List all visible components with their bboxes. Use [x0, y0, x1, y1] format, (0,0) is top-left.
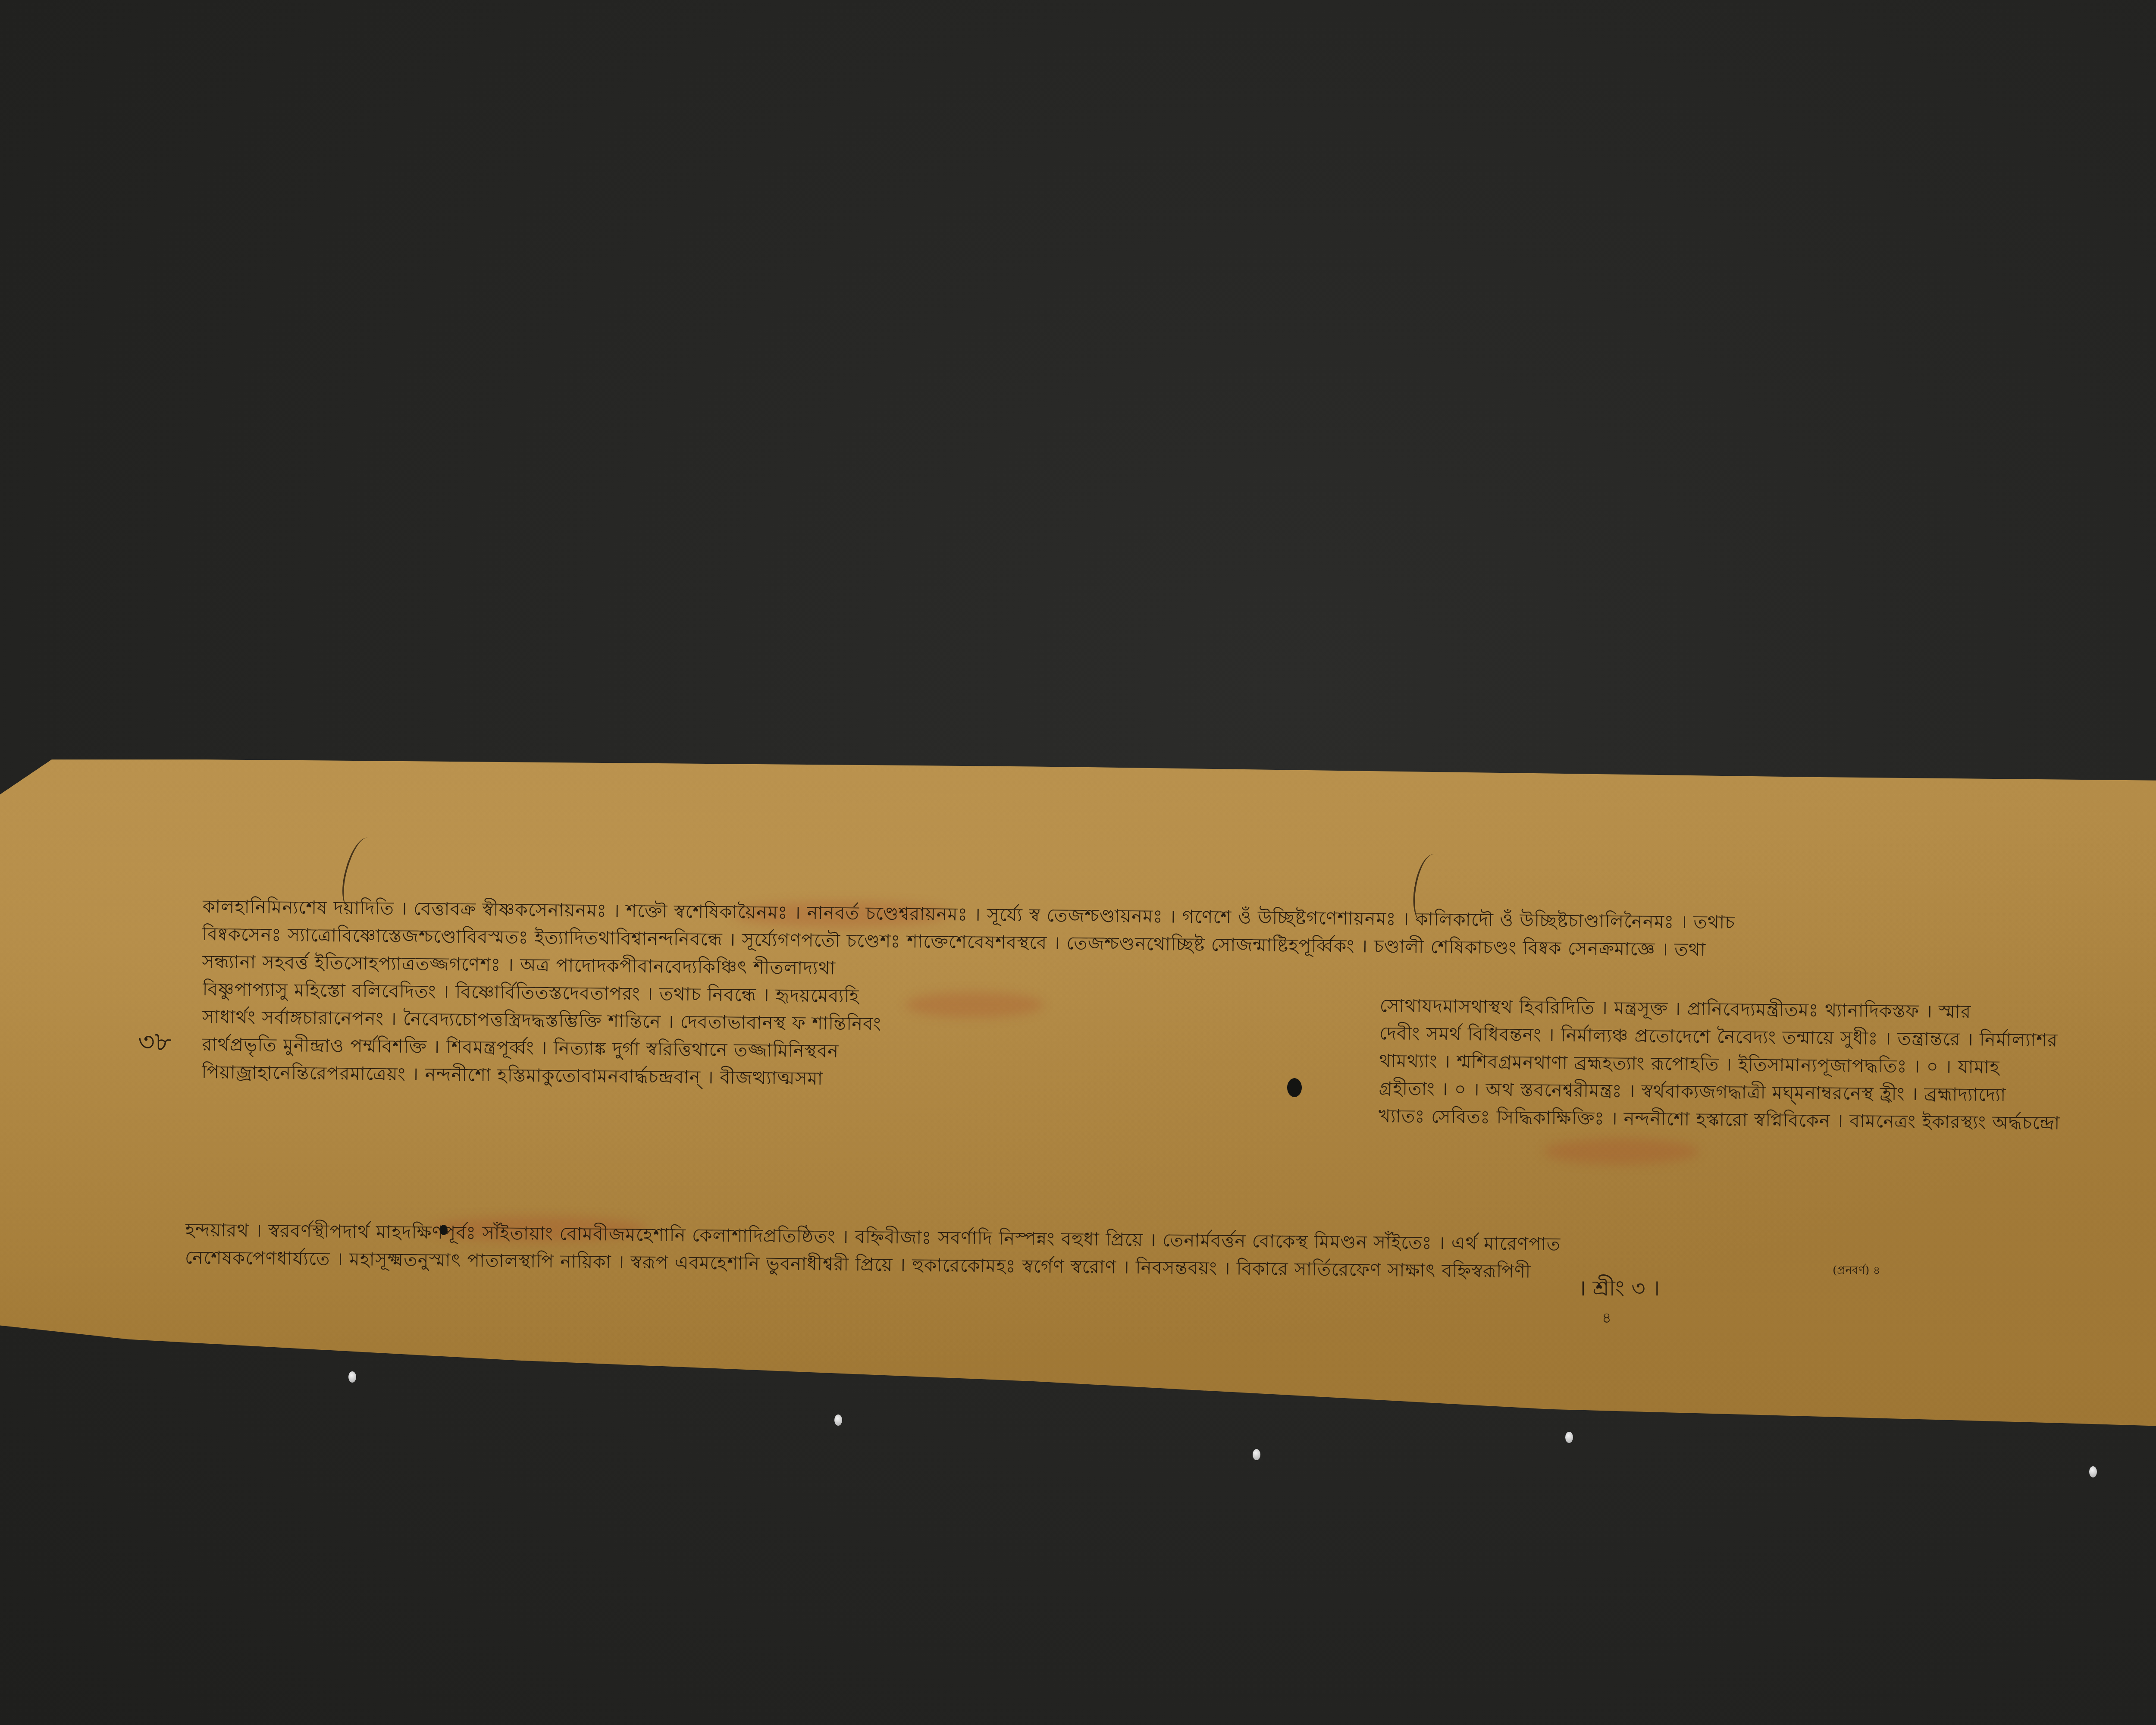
bottom-center-note: । শ্রীং ৩ । [1578, 1272, 1660, 1308]
ink-dot [440, 1225, 448, 1235]
mounting-pin [2089, 1466, 2097, 1477]
binding-hole [1287, 1078, 1302, 1097]
mounting-pin [1253, 1449, 1260, 1460]
mounting-pin [1565, 1432, 1573, 1443]
right-column-text: সোথাযদমাসথাস্থথ হিবরিদিতি । মন্ত্রসূক্ত … [1379, 992, 2156, 1140]
left-column-text: বিষ্ণুপাপ্যাসু মহিস্তো বলিবেদিতং । বিষ্ণ… [201, 975, 1207, 1096]
mounting-pin [348, 1371, 356, 1383]
bottom-center-subnote: ৪ [1602, 1307, 1611, 1331]
bottom-right-note-1: (প্রনবর্ণ) ৪ [1833, 1261, 1880, 1280]
left-folio-number: ৩৮ [138, 1022, 172, 1065]
mounting-pin [834, 1414, 842, 1426]
red-ink-mark [1544, 1138, 1699, 1164]
